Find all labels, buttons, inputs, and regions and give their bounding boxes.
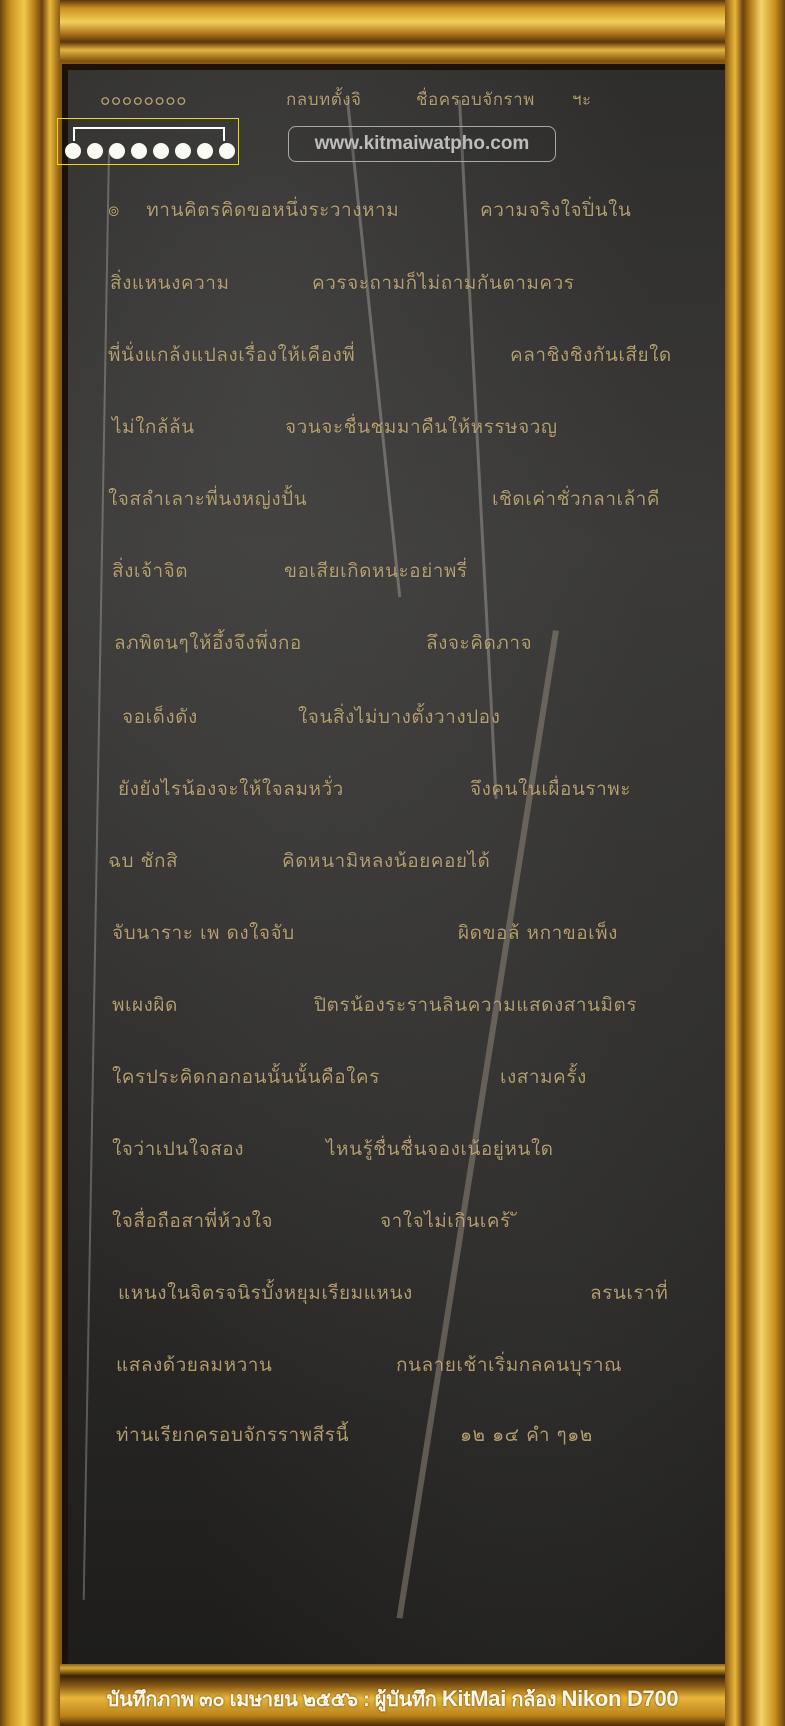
inscription-line: ๑๒ ๑๔ คำ ๆ๑๒	[460, 1420, 593, 1450]
circle-icon	[65, 143, 81, 159]
header-title-2: ชื่อครอบจักราพ	[416, 86, 535, 113]
syllable-dots	[65, 143, 235, 159]
syllable-pattern-badge	[57, 118, 239, 165]
inscription-line: สิ่งเจ้าจิต	[112, 556, 188, 586]
inscription-line: ใจสลำเลาะพี่นงหญ่งปั้น	[108, 484, 307, 514]
inscription-line: กนลายเช้าเริ่มกลคนบุราณ	[396, 1350, 622, 1380]
inscription-line: ลภพิตนๆให้อึ้งจึงพึ่งกอ	[114, 628, 302, 658]
inscription-line: ความจริงใจปิ่นใน	[480, 195, 631, 225]
inscription-line: ๏ ทานคิตรคิดขอหนึ่งระวางหาม	[108, 195, 399, 225]
inscription-line: ใครประคิดกอกอนนั้นนั้นคือใคร	[112, 1062, 380, 1092]
circle-icon	[175, 143, 191, 159]
inscription-line: ปิตรน้องระรานลินความแสดงสานมิตร	[314, 990, 637, 1020]
circle-icon	[109, 143, 125, 159]
photo-caption: บันทึกภาพ ๓๐ เมษายน ๒๕๕๖ : ผู้บันทึก Kit…	[0, 1683, 785, 1715]
bracket-icon	[73, 127, 225, 141]
circle-icon	[131, 143, 147, 159]
inscription-line: สิ่งแหนงความ	[110, 268, 229, 298]
inscription-line: ไหนรู้ชื่นชื่นจองเน้อยู่หนใด	[326, 1134, 554, 1164]
inscription-line: ฉบ ชักสิ	[108, 846, 178, 876]
inscription-line: ลรนเราที่	[590, 1278, 668, 1308]
inscription-line: จึงคนในเผื่อนราพะ	[470, 774, 631, 804]
inscription-line: คิดหนามิหลงน้อยคอยได้	[282, 846, 490, 876]
header-title-1: กลบทตั้งจิ	[286, 86, 362, 113]
inscription-line: พเผงผิด	[112, 990, 178, 1020]
inscription-line: จับนาราะ เพ ดงใจจับ	[112, 918, 295, 948]
inscription-line: แหนงในจิตรจนิรบั้งหยุมเรียมแหนง	[118, 1278, 413, 1308]
caption-camera-label: กล้อง	[511, 1689, 556, 1711]
inscription-line: จาใจไม่เกินเคร้ ั	[380, 1206, 518, 1236]
caption-date: บันทึกภาพ ๓๐ เมษายน ๒๕๕๖ : ผู้บันทึก	[107, 1689, 437, 1711]
caption-author: KitMai	[442, 1686, 506, 1711]
circle-icon	[87, 143, 103, 159]
inscription-line: จวนจะชื่นชมมาคืนให้หรรษจวญ	[285, 412, 558, 442]
inscription-line: จอเด็งดัง	[122, 702, 198, 732]
inscription-line: ไม่ใกล้ล้น	[112, 412, 195, 442]
inscription-line: ผิดขอล้ หกาขอเพ็ง	[458, 918, 618, 948]
inscription-line: พี่นั่งแกล้งแปลงเรื่องให้เคืองพี่	[108, 340, 355, 370]
inscription-line: ขอเสียเกิดหนะอย่าพรี่	[284, 556, 468, 586]
crack	[83, 150, 110, 1600]
circle-icon	[219, 143, 235, 159]
inscription-line: เชิดเค่าชั่วกลาเล้าคี	[492, 484, 660, 514]
website-watermark: www.kitmaiwatpho.com	[288, 126, 556, 162]
caption-camera: Nikon D700	[562, 1686, 679, 1711]
inscription-line: แสลงด้วยลมหวาน	[116, 1350, 272, 1380]
inscription-line: ควรจะถามก็ไม่ถามกันตามควร	[312, 268, 575, 298]
inscription-line: คลาชิงชิงกันเสียใด	[510, 340, 672, 370]
inscription-line: ลึงจะคิดภาจ	[426, 628, 532, 658]
circle-icon	[197, 143, 213, 159]
header-numerals: ๐๐๐๐๐๐๐๐	[100, 86, 187, 113]
inscription-line: ใจนสิ่งไม่บางตั้งวางปอง	[298, 702, 500, 732]
inscription-line: ใจสื่อถือสาพี่ห้วงใจ	[112, 1206, 273, 1236]
inscription-line: ยังยังไรน้องจะให้ใจลมหวั่ว	[118, 774, 344, 804]
header-mark: ฯะ	[572, 86, 592, 113]
inscription-line: ท่านเรียกครอบจักรราพสีรนี้	[116, 1420, 349, 1450]
circle-icon	[153, 143, 169, 159]
inscription-line: ใจว่าเปนใจสอง	[112, 1134, 244, 1164]
inscription-line: เงสามครั้ง	[500, 1062, 587, 1092]
